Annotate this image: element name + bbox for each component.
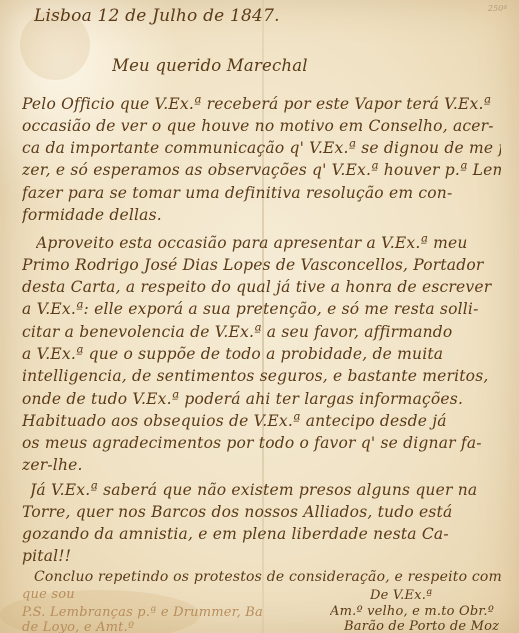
- postscript-line: de Loyo, e Amt.º: [22, 618, 262, 633]
- body-line: a V.Ex.ª que o suppõe de todo a probidad…: [22, 344, 501, 364]
- body-line: Concluo repetindo os protestos de consid…: [34, 567, 501, 587]
- signature: Barão de Porto de Moz: [344, 617, 501, 633]
- body-line: Torre, quer nos Barcos dos nossos Alliad…: [22, 502, 501, 522]
- body-line: a V.Ex.ª: elle exporá a sua pretenção, e…: [22, 299, 501, 319]
- body-line: fazer para se tomar uma definitiva resol…: [22, 183, 501, 203]
- body-line: pital!!: [22, 546, 501, 566]
- body-line: Já V.Ex.ª saberá que não existem presos …: [30, 480, 501, 500]
- body-line: intelligencia, de sentimentos seguros, e…: [22, 366, 501, 386]
- body-line: citar a benevolencia de V.Ex.ª a seu fav…: [22, 322, 501, 342]
- salutation: Meu querido Marechal: [112, 56, 501, 76]
- body-line: zer-lhe.: [22, 455, 501, 475]
- body-line: occasião de ver o que houve no motivo em…: [22, 116, 501, 136]
- body-line: os meus agradecimentos por todo o favor …: [22, 433, 501, 453]
- body-line: Aproveito esta occasião para apresentar …: [36, 233, 501, 253]
- body-line: zer, e só esperamos as observações q' V.…: [22, 160, 501, 180]
- body-line: formidade dellas.: [22, 205, 501, 225]
- body-line: gozando da amnistia, e em plena liberdad…: [22, 524, 501, 544]
- dateline: Lisboa 12 de Julho de 1847.: [34, 6, 501, 26]
- body-line: Habituado aos obsequios de V.Ex.ª anteci…: [22, 411, 501, 431]
- letter-page: 250ª Lisboa 12 de Julho de 1847. Meu que…: [0, 0, 519, 633]
- body-line: Pelo Officio que V.Ex.ª receberá por est…: [22, 94, 501, 114]
- body-line: onde de tudo V.Ex.ª poderá ahi ter larga…: [22, 389, 501, 409]
- body-line: Primo Rodrigo José Dias Lopes de Vasconc…: [22, 255, 501, 275]
- body-line: desta Carta, a respeito do qual já tive …: [22, 277, 501, 297]
- body-line: ca da importante communicação q' V.Ex.ª …: [22, 138, 501, 158]
